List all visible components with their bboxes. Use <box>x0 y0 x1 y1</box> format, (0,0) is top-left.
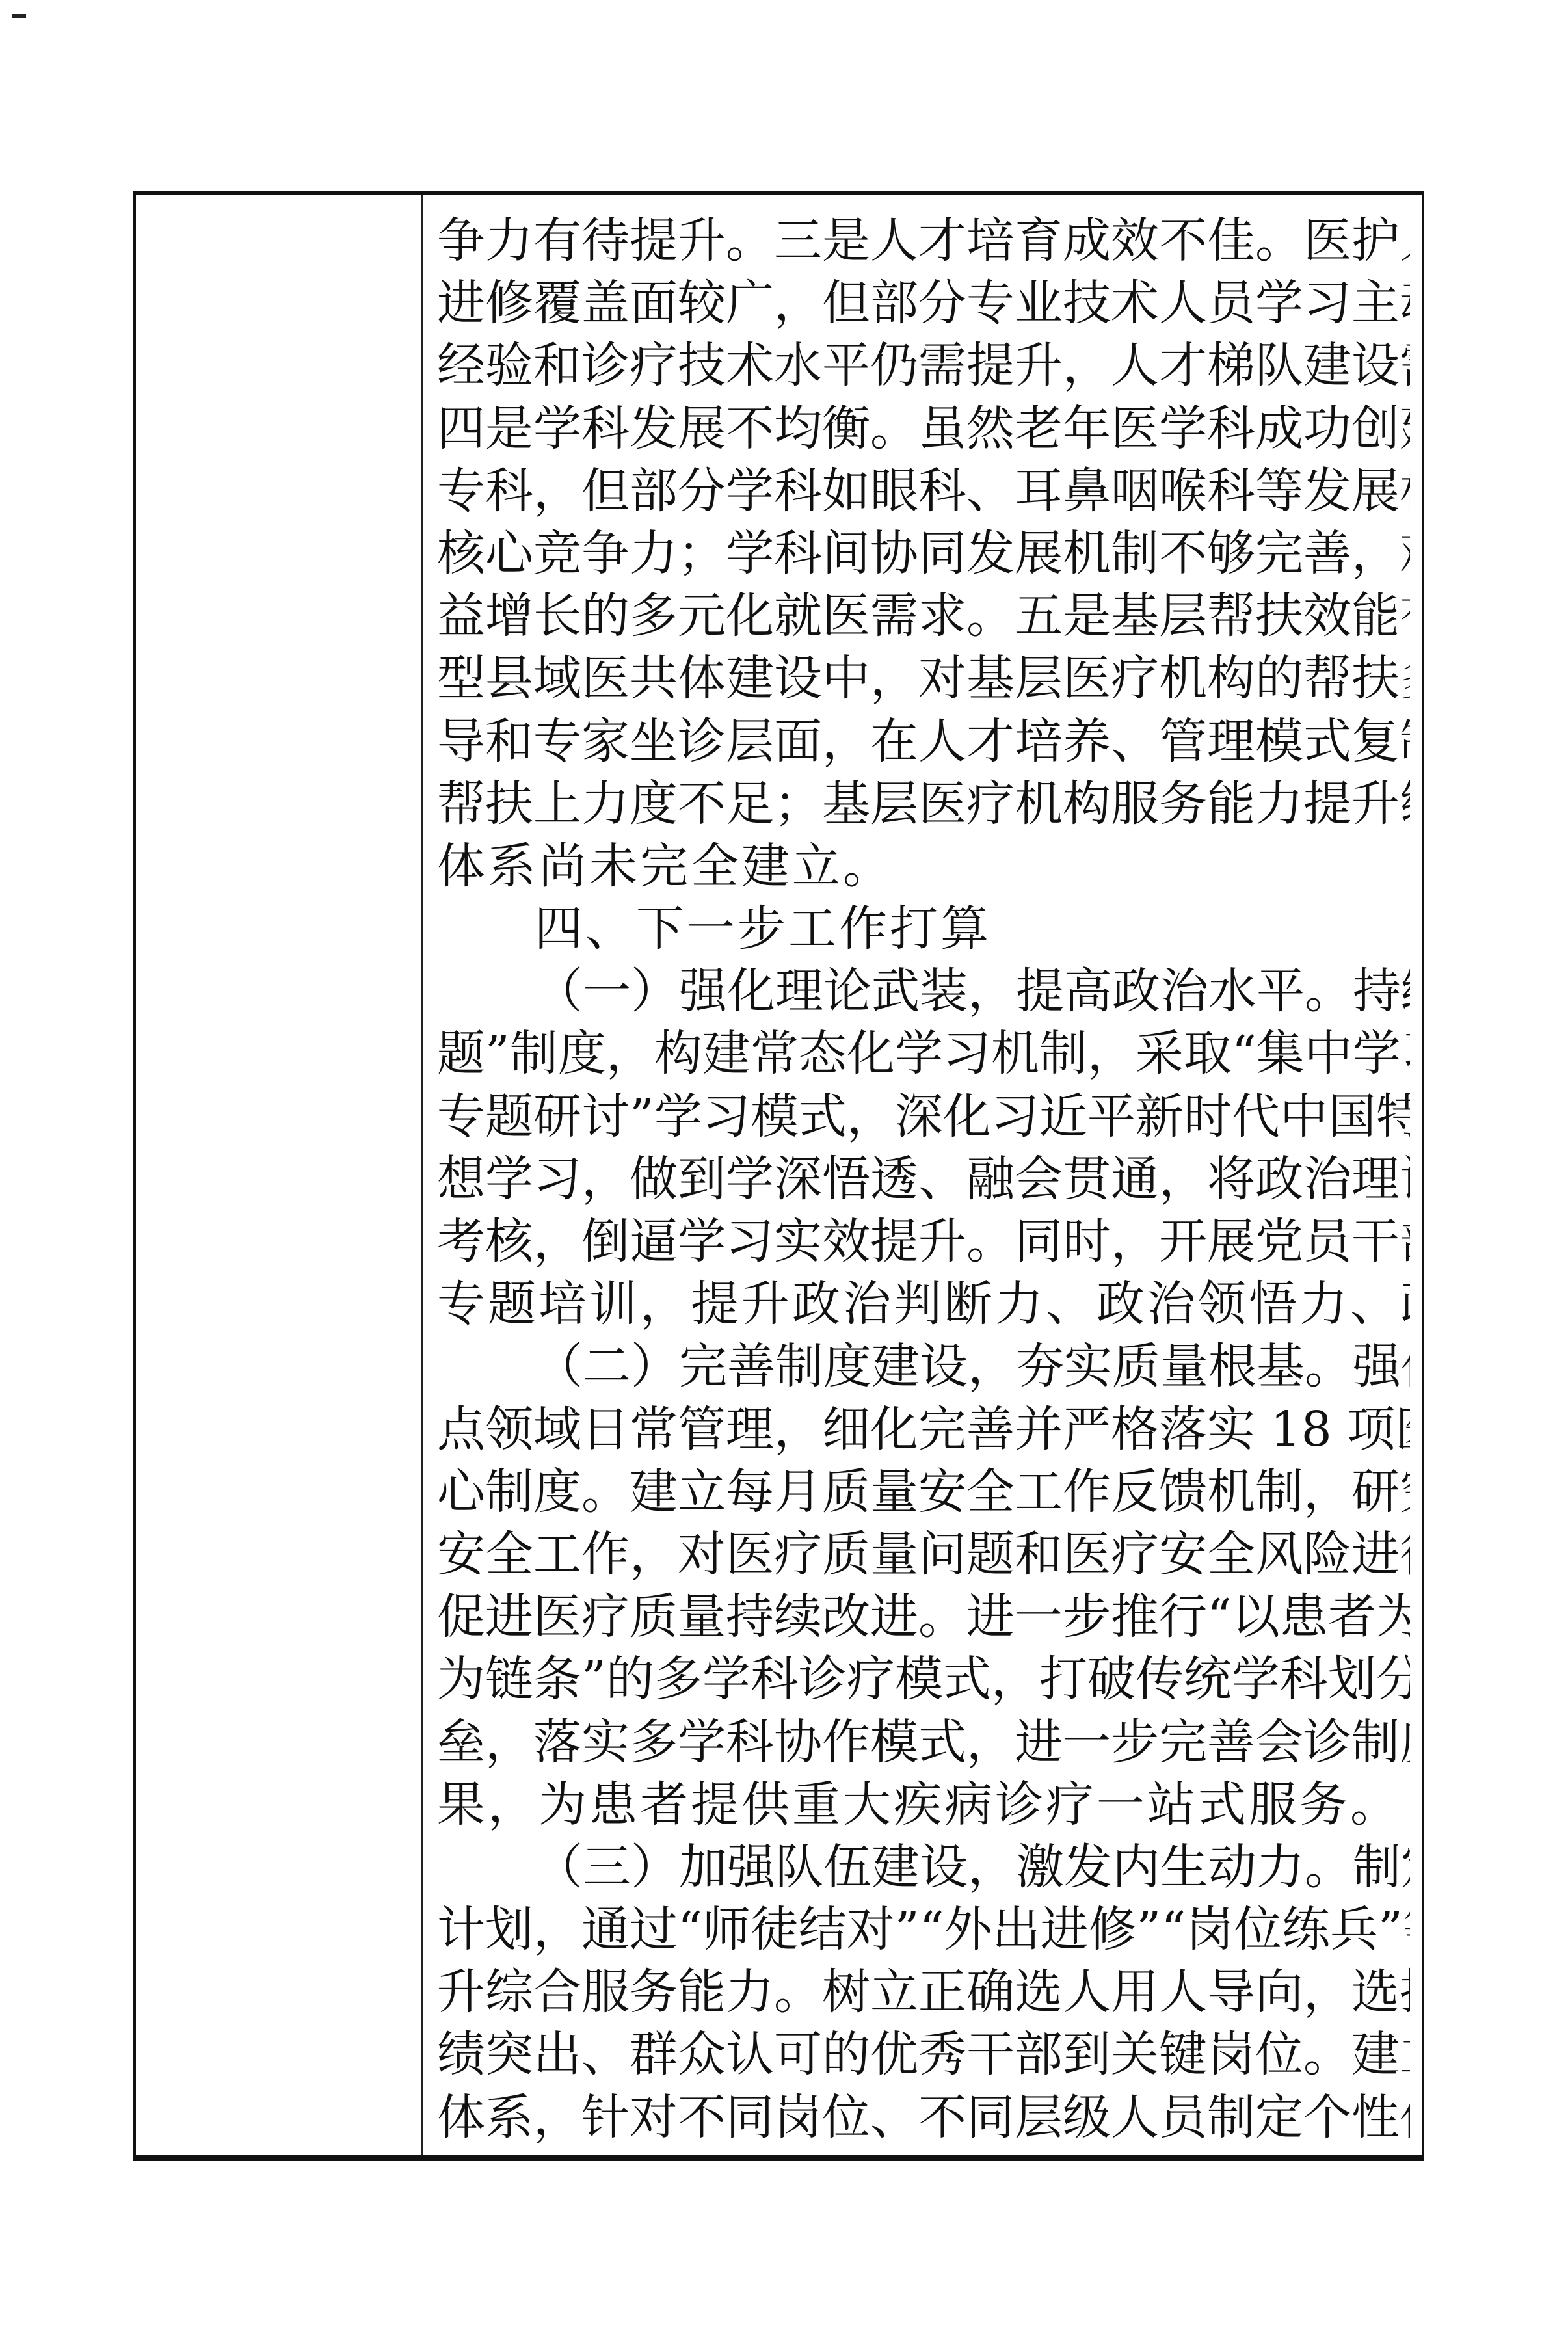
text-line: （二）完善制度建设，夯实质量根基。强化重点环节和重 <box>437 1335 1410 1398</box>
section-heading: 四、下一步工作打算 <box>437 897 1410 960</box>
text-line: 益增长的多元化就医需求。五是基层帮扶效能有待提升。紧密 <box>437 585 1410 647</box>
text-line: 升综合服务能力。树立正确选人用人导向，选拔政治过硬、业 <box>437 1961 1410 2023</box>
text-line: 果，为患者提供重大疾病诊疗一站式服务。 <box>437 1773 1410 1836</box>
text-line: 专科，但部分学科如眼科、耳鼻咽喉科等发展相对滞后，缺乏 <box>437 460 1410 522</box>
text-line: 计划，通过“师徒结对”“外出进修”“岗位练兵”等方式，提 <box>437 1898 1410 1961</box>
text-line: 专题研讨”学习模式，深化习近平新时代中国特色社会主义思 <box>437 1085 1410 1148</box>
text-line: 垒，落实多学科协作模式，进一步完善会诊制度，提升治疗效 <box>437 1711 1410 1773</box>
text-line: 为链条”的多学科诊疗模式，打破传统学科划分和专业设置壁 <box>437 1648 1410 1710</box>
text-line: 帮扶上力度不足；基层医疗机构服务能力提升缓慢，分级诊疗 <box>437 773 1410 835</box>
text-line: （三）加强队伍建设，激发内生动力。制定年轻干部培养 <box>437 1836 1410 1898</box>
text-line: 想学习，做到学深悟透、融会贯通，将政治理论学习纳入职工 <box>437 1148 1410 1210</box>
text-line: 题”制度，构建常态化学习机制，采取“集中学习+个人自学+ <box>437 1022 1410 1085</box>
report-table: 争力有待提升。三是人才培育成效不佳。医护人员业务培训和进修覆盖面较广，但部分专业… <box>133 191 1424 2161</box>
text-line: 体系，针对不同岗位、不同层级人员制定个性化培训计划，重 <box>437 2086 1410 2149</box>
text-line: 经验和诊疗技术水平仍需提升，人才梯队建设需进一步优化。 <box>437 334 1410 397</box>
text-line: 进修覆盖面较广，但部分专业技术人员学习主动性不足，临床 <box>437 272 1410 334</box>
text-line: 体系尚未完全建立。 <box>437 835 1410 897</box>
text-line: 专题培训，提升政治判断力、政治领悟力、政治执行力。 <box>437 1273 1410 1335</box>
text-line: 导和专家坐诊层面，在人才培养、管理模式复制等“造血式” <box>437 710 1410 773</box>
text-line: 绩突出、群众认可的优秀干部到关键岗位。建立分层分类培训 <box>437 2023 1410 2086</box>
text-line: 点领域日常管理，细化完善并严格落实 18 项医疗质量安全核 <box>437 1398 1410 1461</box>
text-line: 型县域医共体建设中，对基层医疗机构的帮扶多停留在技术指 <box>437 647 1410 710</box>
text-line: 心制度。建立每月质量安全工作反馈机制，研究部署医疗质量 <box>437 1461 1410 1523</box>
table-content-column: 争力有待提升。三是人才培育成效不佳。医护人员业务培训和进修覆盖面较广，但部分专业… <box>423 195 1422 2155</box>
text-line: 争力有待提升。三是人才培育成效不佳。医护人员业务培训和 <box>437 209 1410 272</box>
text-line: 促进医疗质量持续改进。进一步推行“以患者为中心、以疾病 <box>437 1586 1410 1648</box>
table-label-column <box>136 195 423 2155</box>
text-line: （一）强化理论武装，提高政治水平。持续落实“第一议 <box>437 960 1410 1022</box>
text-line: 安全工作，对医疗质量问题和医疗安全风险进行预警和干预， <box>437 1523 1410 1586</box>
scan-corner-mark <box>12 14 26 18</box>
content-text: 争力有待提升。三是人才培育成效不佳。医护人员业务培训和进修覆盖面较广，但部分专业… <box>437 209 1410 2149</box>
text-line: 四是学科发展不均衡。虽然老年医学科成功创建市级临床重点 <box>437 397 1410 460</box>
text-line: 考核，倒逼学习实效提升。同时，开展党员干部政治能力素质 <box>437 1210 1410 1273</box>
text-line: 核心竞争力；学科间协同发展机制不够完善，难以满足群众日 <box>437 522 1410 585</box>
